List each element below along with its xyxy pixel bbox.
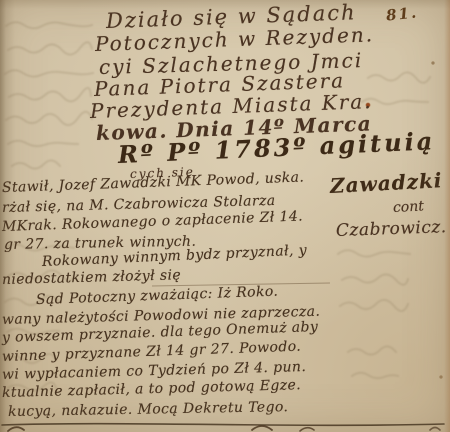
margin-note-line: cont bbox=[393, 198, 425, 216]
body-line: kucyą, nakazuie. Mocą Dekretu Tego. bbox=[8, 399, 289, 420]
page-number: 81. bbox=[385, 3, 419, 24]
manuscript-page: 81. Działo się w Sądach Potocznych w Rez… bbox=[0, 0, 450, 432]
margin-note-line: Czabrowicz. bbox=[336, 217, 447, 241]
body-line: Sąd Potoczny zważaiąc: Iż Roko. bbox=[36, 284, 279, 308]
margin-note-line: Zawadzki bbox=[329, 168, 443, 198]
